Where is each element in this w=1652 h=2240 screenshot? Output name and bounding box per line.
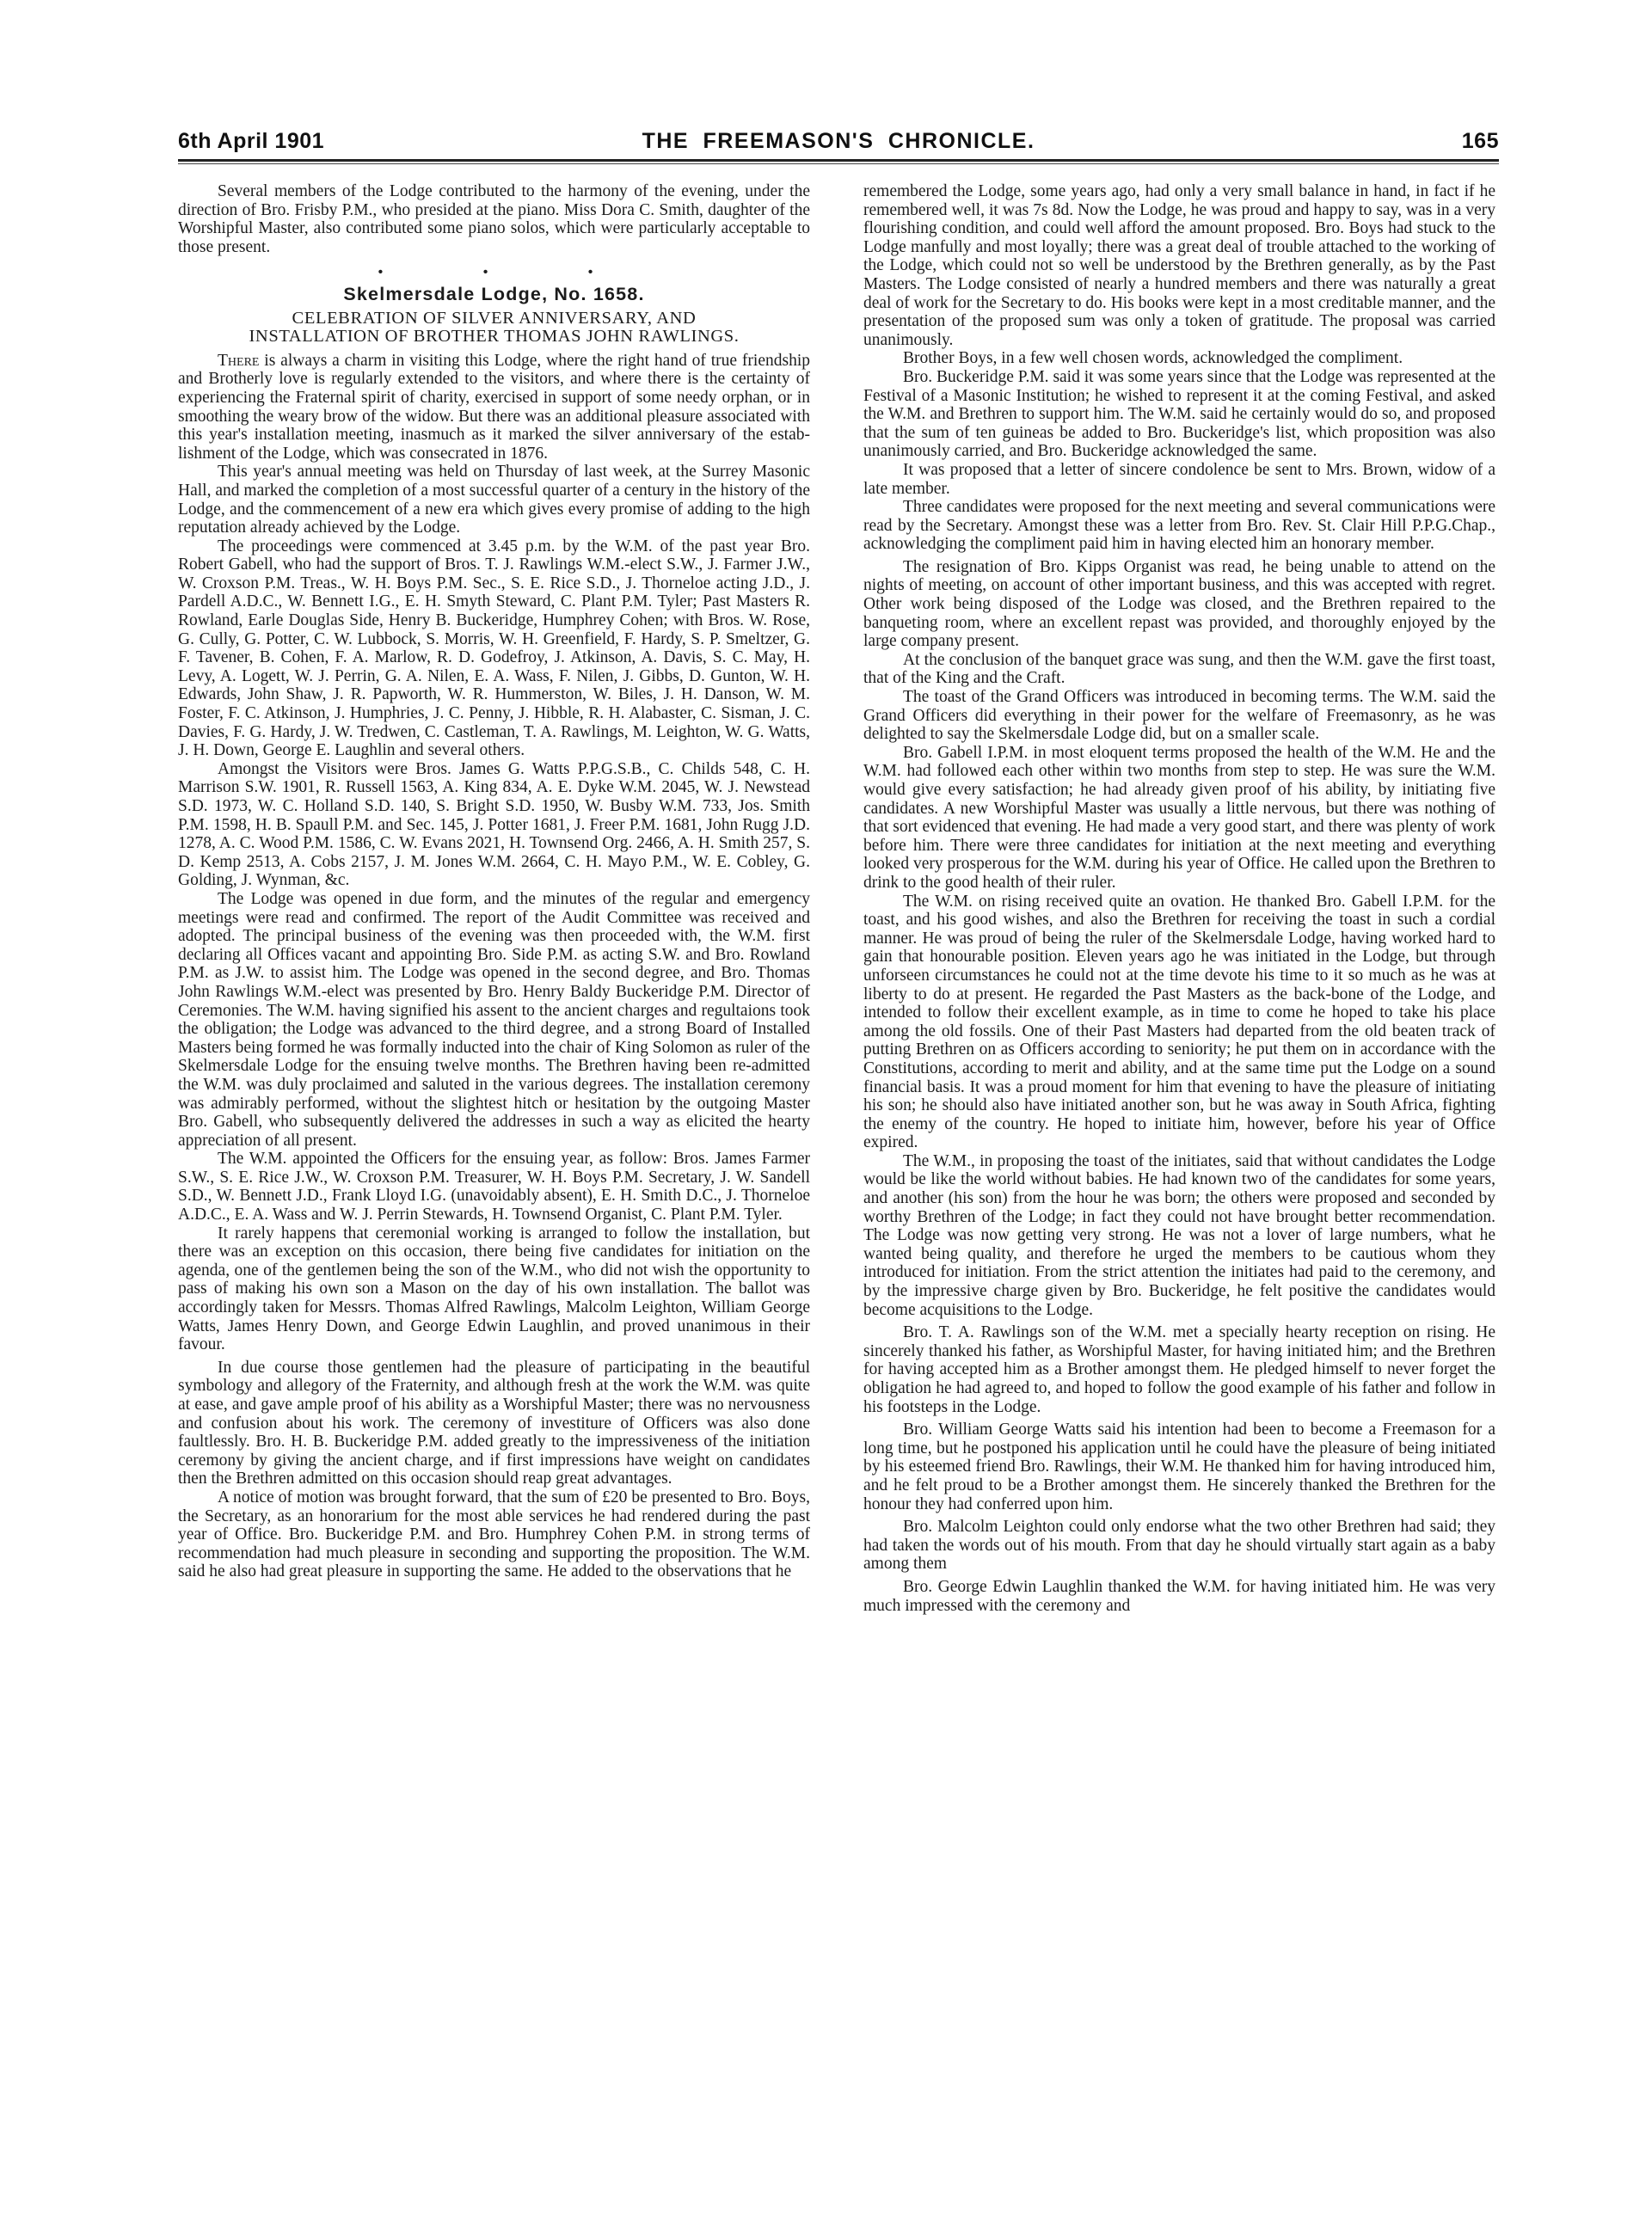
article-paragraph: Bro. Buckeridge P.M. said it was some ye… xyxy=(863,368,1495,461)
article-paragraph: It rarely happens that ceremonial workin… xyxy=(178,1224,810,1354)
page-number: 165 xyxy=(1462,129,1499,154)
article-paragraph: Three candidates were proposed for the n… xyxy=(863,498,1495,554)
left-column: Several members of the Lodge contributed… xyxy=(178,182,810,1581)
right-column: remembered the Lodge, some years ago, ha… xyxy=(863,182,1495,1615)
article-paragraph: There is always a charm in visiting this… xyxy=(178,352,810,463)
article-paragraph: The resignation of Bro. Kipps Organist w… xyxy=(863,558,1495,651)
subheading-line-1: CELEBRATION OF SILVER ANNIVERSARY, AND xyxy=(178,310,810,328)
article-paragraph: Brother Boys, in a few well chosen words… xyxy=(863,349,1495,368)
section-separator: • • • xyxy=(209,263,810,282)
article-paragraph: This year's annual meeting was held on T… xyxy=(178,463,810,537)
article-paragraph: A notice of motion was brought forward, … xyxy=(178,1488,810,1581)
article-paragraph: Bro. Malcolm Leighton could only endorse… xyxy=(863,1518,1495,1574)
article-paragraph: The W.M. appointed the Officers for the … xyxy=(178,1150,810,1224)
subheading-line-2: INSTALLATION OF BROTHER THOMAS JOHN RAWL… xyxy=(178,328,810,347)
article-paragraph: The Lodge was opened in due form, and th… xyxy=(178,890,810,1150)
article-paragraph: Bro. William George Watts said his inten… xyxy=(863,1421,1495,1513)
header-rule-thin xyxy=(178,163,1499,164)
article-paragraph: The W.M. on rising received quite an ova… xyxy=(863,893,1495,1152)
lead-word: There xyxy=(218,352,259,370)
page-header: 6th April 1901 THE FREEMASON'S CHRONICLE… xyxy=(178,129,1499,167)
article-paragraph: The proceedings were commenced at 3.45 p… xyxy=(178,537,810,760)
article-paragraph: Bro. George Edwin Laughlin thanked the W… xyxy=(863,1578,1495,1615)
header-rule xyxy=(178,159,1499,162)
article-paragraph: The toast of the Grand Officers was intr… xyxy=(863,688,1495,744)
newspaper-page: 6th April 1901 THE FREEMASON'S CHRONICLE… xyxy=(0,0,1652,2240)
intro-paragraph: Several members of the Lodge contributed… xyxy=(178,182,810,256)
publication-title: THE FREEMASON'S CHRONICLE. xyxy=(178,129,1499,154)
continued-paragraph: remembered the Lodge, some years ago, ha… xyxy=(863,182,1495,349)
article-paragraph: At the conclusion of the banquet grace w… xyxy=(863,651,1495,688)
article-subheading: CELEBRATION OF SILVER ANNIVERSARY, AND I… xyxy=(178,310,810,347)
paragraph-text: is always a charm in visiting this Lodge… xyxy=(178,352,810,463)
article-paragraph: In due course those gentlemen had the pl… xyxy=(178,1359,810,1488)
article-paragraph: Amongst the Visitors were Bros. James G.… xyxy=(178,760,810,890)
article-paragraph: Bro. Gabell I.P.M. in most eloquent term… xyxy=(863,744,1495,893)
article-paragraph: Bro. T. A. Rawlings son of the W.M. met … xyxy=(863,1323,1495,1416)
article-paragraph: It was proposed that a letter of sincere… xyxy=(863,461,1495,498)
article-paragraph: The W.M., in proposing the toast of the … xyxy=(863,1152,1495,1319)
article-title: Skelmersdale Lodge, No. 1658. xyxy=(178,285,810,304)
